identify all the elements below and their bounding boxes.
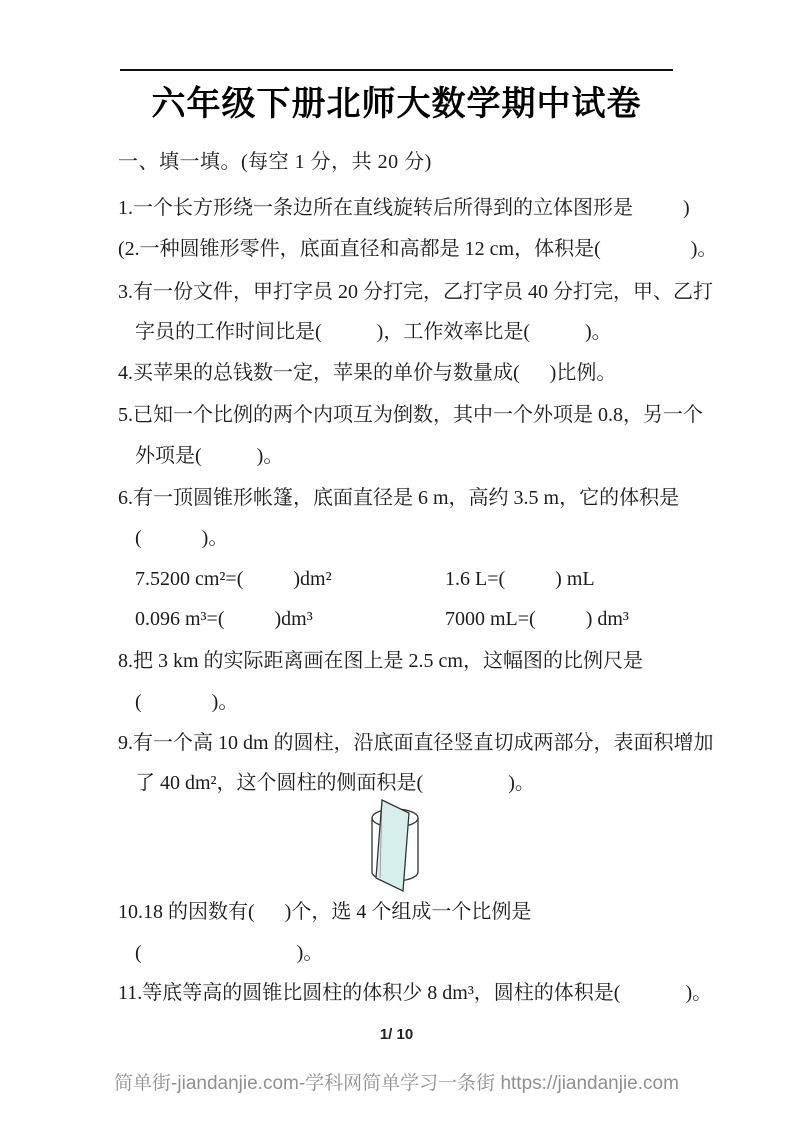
question-7-row-2-right: 7000 mL=( ) dm³ (445, 606, 629, 632)
question-10-line-1: 10.18 的因数有( )个，选 4 个组成一个比例是 (118, 899, 531, 925)
question-3-line-2: 字员的工作时间比是( )，工作效率比是( )。 (135, 319, 612, 345)
question-7-row-1-right: 1.6 L=( ) mL (445, 566, 595, 592)
title-rule-divider (120, 69, 673, 71)
question-6-line-1: 6.有一顶圆锥形帐篷，底面直径是 6 m，高约 3.5 m，它的体积是 (118, 485, 679, 511)
question-9-line-1: 9.有一个高 10 dm 的圆柱，沿底面直径竖直切成两部分，表面积增加 (118, 730, 714, 756)
question-3-line-1: 3.有一份文件，甲打字员 20 分打完，乙打字员 40 分打完，甲、乙打 (118, 279, 713, 305)
question-7-row-2-left: 0.096 m³=( )dm³ (135, 606, 313, 632)
question-8-line-2: ( )。 (135, 689, 238, 715)
question-10-line-2: ( )。 (135, 940, 323, 966)
question-4-text: 4.买苹果的总钱数一定，苹果的单价与数量成( )比例。 (118, 360, 616, 386)
exam-title: 六年级下册北师大数学期中试卷 (0, 76, 793, 125)
question-9-line-2: 了 40 dm²，这个圆柱的侧面积是( )。 (135, 770, 535, 796)
cylinder-cut-figure (368, 798, 426, 894)
question-5-line-1: 5.已知一个比例的两个内项互为倒数，其中一个外项是 0.8，另一个 (118, 402, 703, 428)
section-1-heading: 一、填一填。(每空 1 分，共 20 分) (118, 149, 432, 175)
page-number: 1/ 10 (0, 1026, 793, 1043)
question-1-text: 1.一个长方形绕一条边所在直线旋转后所得到的立体图形是 ) (118, 195, 690, 221)
question-6-line-2: ( )。 (135, 525, 228, 551)
exam-paper-page: 六年级下册北师大数学期中试卷 一、填一填。(每空 1 分，共 20 分) 1.一… (0, 0, 793, 1122)
question-2-text: (2.一种圆锥形零件，底面直径和高都是 12 cm，体积是( )。 (118, 236, 717, 262)
question-11-text: 11.等底等高的圆锥比圆柱的体积少 8 dm³，圆柱的体积是( )。 (118, 980, 712, 1006)
question-7-row-1-left: 7.5200 cm²=( )dm² (135, 566, 332, 592)
question-5-line-2: 外项是( )。 (135, 443, 283, 469)
site-watermark: 简单街-jiandanjie.com-学科网简单学习一条街 https://ji… (0, 1068, 793, 1095)
question-8-line-1: 8.把 3 km 的实际距离画在图上是 2.5 cm，这幅图的比例尺是 (118, 648, 643, 674)
